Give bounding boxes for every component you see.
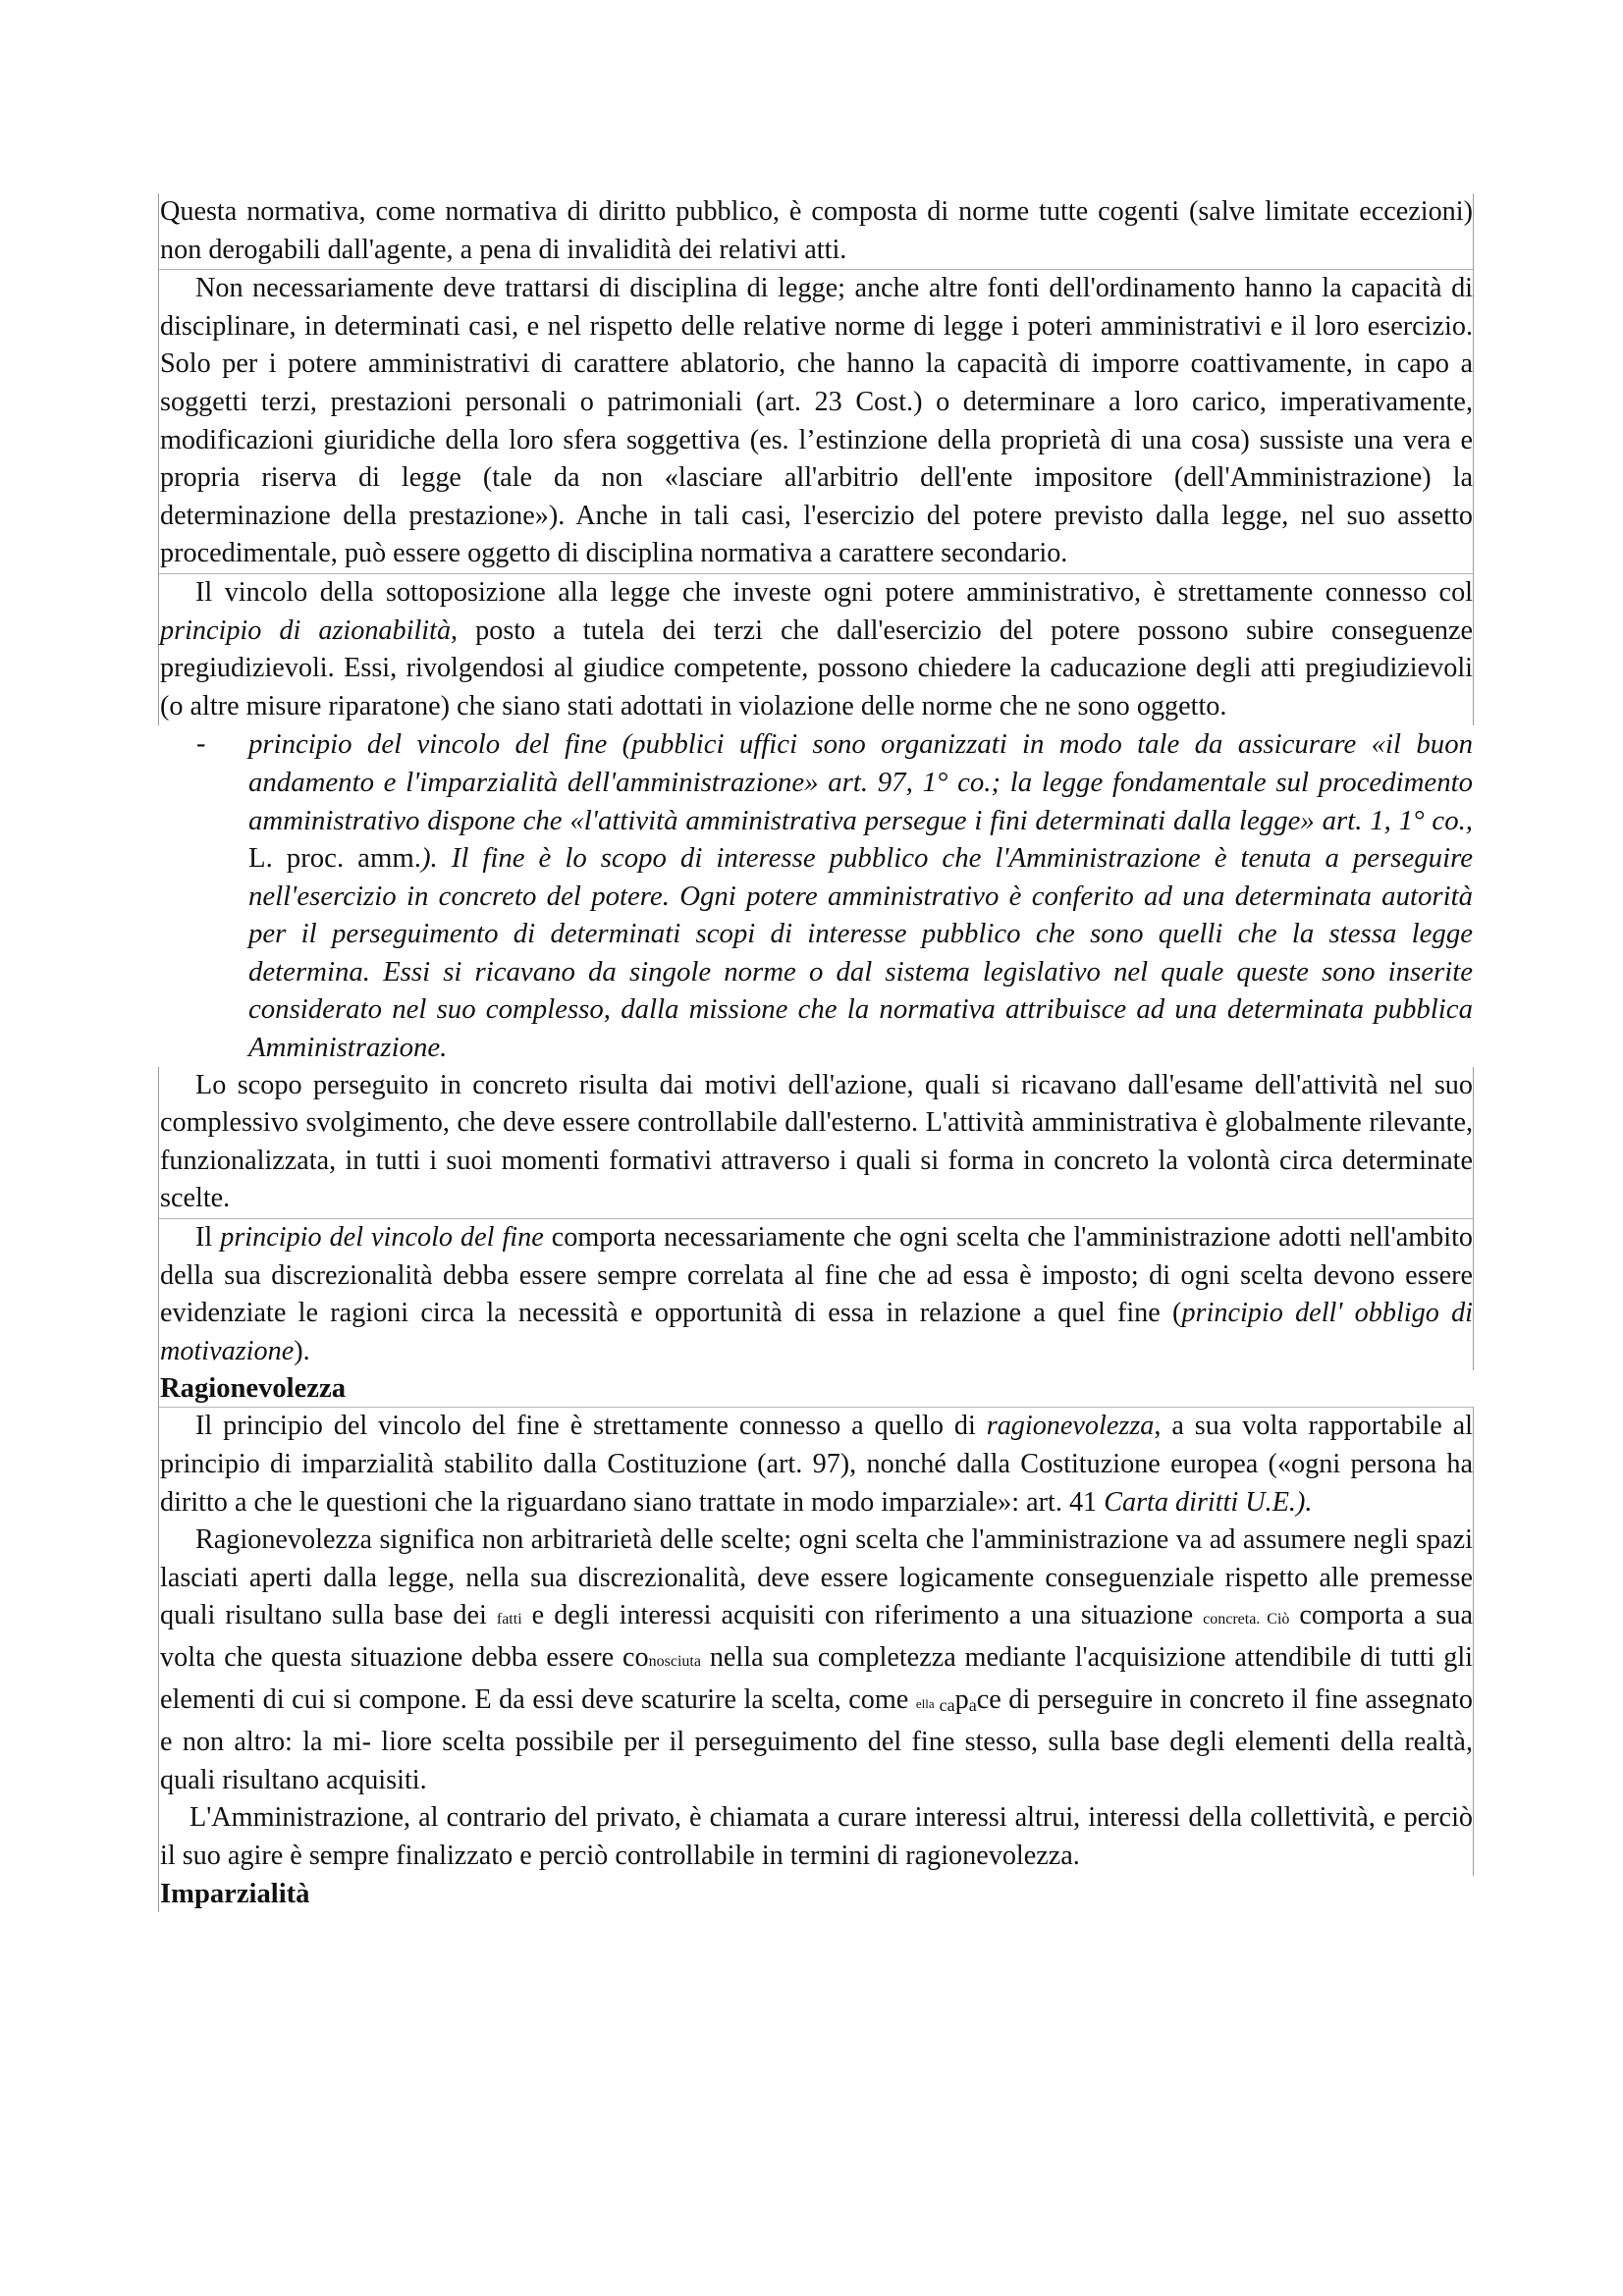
paragraph-block: Questa normativa, come normativa di diri… — [158, 193, 1474, 269]
heading-block: Imparzialità — [158, 1876, 1474, 1912]
paragraph-scopo: Lo scopo perseguito in concreto risulta … — [160, 1067, 1473, 1218]
heading-block: Ragionevolezza — [158, 1370, 1474, 1407]
paragraph-azionabilita: Il vincolo della sottoposizione alla leg… — [160, 574, 1473, 725]
text-run: L. proc. amm. — [248, 842, 421, 874]
section-heading-imparzialita: Imparzialità — [160, 1876, 1473, 1912]
paragraph-block: Il vincolo della sottoposizione alla leg… — [158, 573, 1474, 725]
paragraph-fonti: Non necessariamente deve trattarsi di di… — [160, 270, 1473, 573]
italic-term: Carta diritti U.E.). — [1104, 1487, 1312, 1518]
text-run: Il — [195, 1222, 220, 1253]
text-run-small: fatti — [497, 1611, 522, 1628]
list-item-vincolo-del-fine: - principio del vincolo del fine (pubbli… — [158, 725, 1474, 1066]
text-run: e degli interessi acquisiti con riferime… — [522, 1600, 1203, 1630]
text-run: principio del vincolo del fine (pubblici… — [248, 728, 1473, 835]
paragraph-block: Lo scopo perseguito in concreto risulta … — [158, 1067, 1474, 1218]
italic-term: ragionevolezza — [987, 1411, 1155, 1441]
text-run-small: ca — [935, 1695, 955, 1715]
paragraph-normativa: Questa normativa, come normativa di diri… — [160, 193, 1473, 269]
document-page: Questa normativa, come normativa di diri… — [158, 193, 1474, 1912]
text-run-small: concreta. Ciò — [1203, 1611, 1289, 1628]
text-run: co — [622, 1642, 649, 1673]
list-bullet-dash: - — [196, 725, 205, 764]
paragraph-block: Il principio del vincolo del fine compor… — [158, 1218, 1474, 1370]
list-item-text: principio del vincolo del fine (pubblici… — [248, 725, 1473, 1066]
text-run: ). Il fine è lo scopo di interesse pubbl… — [248, 842, 1473, 1063]
italic-term: principio del vincolo del fine — [220, 1222, 543, 1253]
text-run-small: nosciuta — [649, 1653, 701, 1670]
text-run: Il vincolo della sottoposizione alla leg… — [195, 577, 1473, 608]
text-run: p — [955, 1684, 969, 1715]
paragraph-ragionevolezza-intro: Il principio del vincolo del fine è stre… — [160, 1408, 1473, 1522]
paragraph-amministrazione: L'Amministrazione, al contrario del priv… — [160, 1799, 1473, 1875]
paragraph-block: Non necessariamente deve trattarsi di di… — [158, 269, 1474, 573]
paragraph-ragionevolezza-definizione: Ragionevolezza significa non arbitrariet… — [160, 1522, 1473, 1799]
text-run: ). — [294, 1336, 309, 1366]
text-run: Il principio del vincolo del fine è stre… — [195, 1411, 987, 1441]
text-run-small: ella — [916, 1696, 935, 1711]
paragraph-principio-vincolo: Il principio del vincolo del fine compor… — [160, 1219, 1473, 1370]
section-heading-ragionevolezza: Ragionevolezza — [160, 1370, 1473, 1407]
paragraph-block: Il principio del vincolo del fine è stre… — [158, 1407, 1474, 1875]
italic-term: principio di azionabilità — [160, 615, 451, 646]
text-run-small: a — [969, 1695, 977, 1715]
